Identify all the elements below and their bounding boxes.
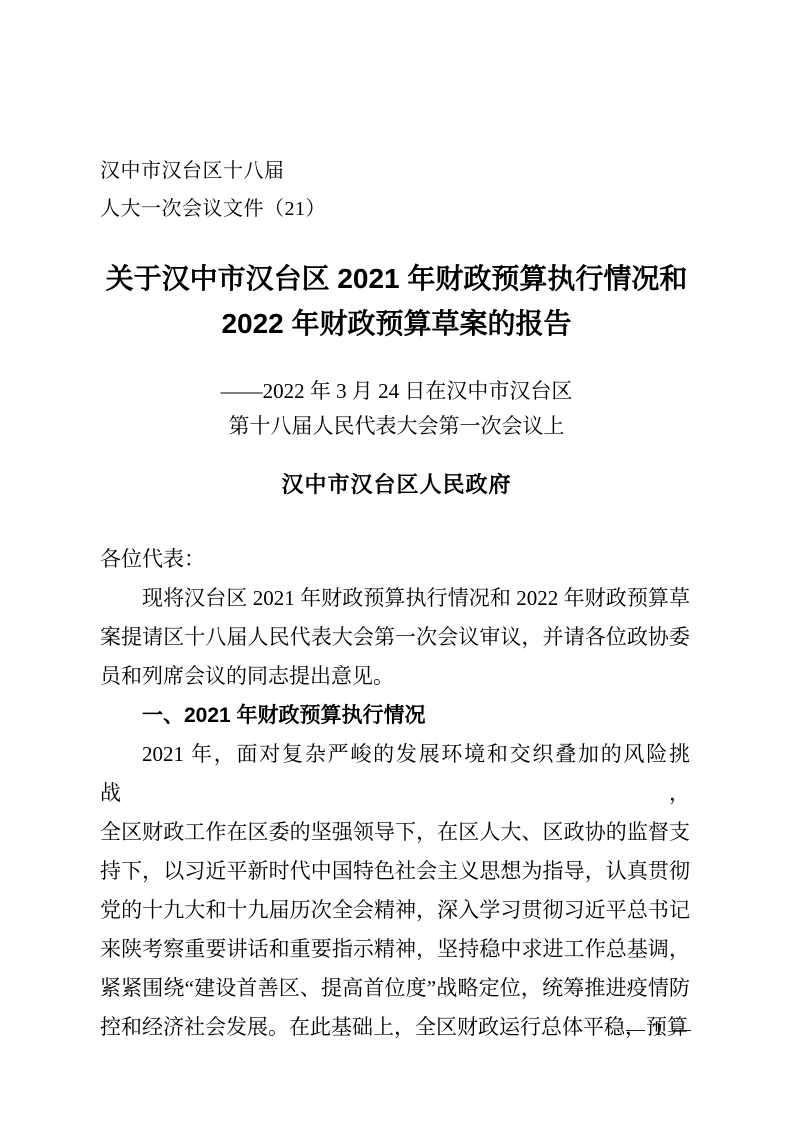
doc-subtitle-line2: 第十八届人民代表大会第一次会议上 [0,409,793,444]
page-number: — 1 — [626,1018,693,1042]
salutation: 各位代表： [100,540,690,579]
doc-header: 汉中市汉台区十八届 人大一次会议文件（21） [100,152,326,228]
doc-subtitle-line1: ——2022 年 3 月 24 日在汉中市汉台区 [0,374,793,409]
paragraph-line: 紧紧围绕“建设首善区、提高首位度”战略定位，统筹推进疫情防 [100,969,690,1008]
doc-title-line2: 2022 年财政预算草案的报告 [0,301,793,346]
section-heading-1: 一、2021 年财政预算执行情况 [100,696,690,735]
paragraph-2: 2021 年，面对复杂严峻的发展环境和交织叠加的风险挑战，全区财政工作在区委的坚… [100,735,690,1047]
doc-subtitle: ——2022 年 3 月 24 日在汉中市汉台区 第十八届人民代表大会第一次会议… [0,374,793,444]
paragraph-line: 党的十九大和十九届历次全会精神，深入学习贯彻习近平总书记 [100,891,690,930]
doc-body: 各位代表： 现将汉台区 2021 年财政预算执行情况和 2022 年财政预算草案… [100,540,690,1047]
paragraph-line: 案提请区十八届人民代表大会第一次会议审议，并请各位政协委 [100,618,690,657]
paragraph-1: 现将汉台区 2021 年财政预算执行情况和 2022 年财政预算草案提请区十八届… [100,579,690,696]
paragraph-line: 2021 年，面对复杂严峻的发展环境和交织叠加的风险挑战， [100,735,690,813]
doc-header-line1: 汉中市汉台区十八届 [100,152,326,190]
doc-title-line1: 关于汉中市汉台区 2021 年财政预算执行情况和 [0,256,793,301]
document-page: 汉中市汉台区十八届 人大一次会议文件（21） 关于汉中市汉台区 2021 年财政… [0,0,793,1122]
paragraph-line: 持下，以习近平新时代中国特色社会主义思想为指导，认真贯彻 [100,852,690,891]
doc-title: 关于汉中市汉台区 2021 年财政预算执行情况和 2022 年财政预算草案的报告 [0,256,793,346]
paragraph-line: 全区财政工作在区委的坚强领导下，在区人大、区政协的监督支 [100,813,690,852]
paragraph-line: 员和列席会议的同志提出意见。 [100,657,690,696]
paragraph-line: 现将汉台区 2021 年财政预算执行情况和 2022 年财政预算草 [100,579,690,618]
paragraph-line: 控和经济社会发展。在此基础上，全区财政运行总体平稳，预算 [100,1008,690,1047]
doc-header-line2: 人大一次会议文件（21） [100,190,326,228]
doc-author: 汉中市汉台区人民政府 [0,470,793,500]
paragraph-line: 来陕考察重要讲话和重要指示精神，坚持稳中求进工作总基调， [100,930,690,969]
